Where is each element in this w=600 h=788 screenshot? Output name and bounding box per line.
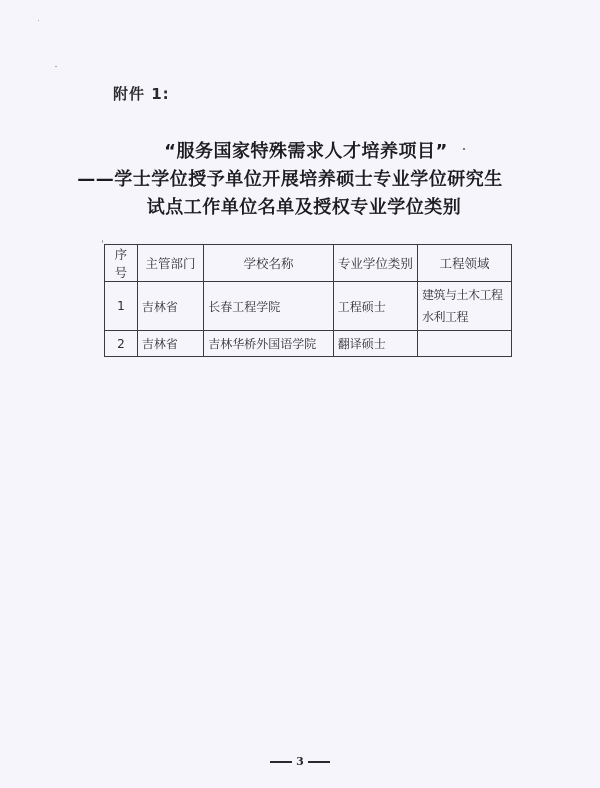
scan-speck xyxy=(102,240,103,243)
cell-degree-type: 翻译硕士 xyxy=(333,331,417,357)
cell-engineering-field xyxy=(417,331,511,357)
header-degree-type: 专业学位类别 xyxy=(333,245,417,282)
title-line-3: 试点工作单位名单及授权专业学位类别 xyxy=(8,194,600,222)
header-department: 主管部门 xyxy=(137,245,203,282)
cell-department: 吉林省 xyxy=(137,331,203,357)
title-line-1: “服务国家特殊需求人才培养项目” xyxy=(12,138,600,166)
cell-index: 1 xyxy=(105,282,138,331)
page-number: 3 xyxy=(0,755,600,768)
header-school: 学校名称 xyxy=(204,245,334,282)
document-title: “服务国家特殊需求人才培养项目” ——学士学位授予单位开展培养硕士专业学位研究生… xyxy=(0,138,600,222)
field-item: 建筑与土木工程 xyxy=(422,284,507,306)
dash-right xyxy=(308,761,330,763)
attachment-label: 附件 1: xyxy=(113,83,170,104)
scan-speck xyxy=(463,148,465,150)
scan-speck xyxy=(38,20,39,21)
table-row: 2 吉林省 吉林华桥外国语学院 翻译硕士 xyxy=(105,331,512,357)
header-engineering-field: 工程领域 xyxy=(417,245,511,282)
cell-school: 长春工程学院 xyxy=(204,282,334,331)
cell-engineering-field: 建筑与土木工程 水利工程 xyxy=(417,282,511,331)
field-item: 水利工程 xyxy=(422,306,507,328)
page-number-value: 3 xyxy=(296,755,304,768)
table-header-row: 序号 主管部门 学校名称 专业学位类别 工程领域 xyxy=(105,245,512,282)
scan-speck xyxy=(55,66,57,67)
cell-school: 吉林华桥外国语学院 xyxy=(204,331,334,357)
dash-left xyxy=(270,761,292,763)
cell-degree-type: 工程硕士 xyxy=(333,282,417,331)
table-row: 1 吉林省 长春工程学院 工程硕士 建筑与土木工程 水利工程 xyxy=(105,282,512,331)
header-index: 序号 xyxy=(105,245,138,282)
cell-department: 吉林省 xyxy=(137,282,203,331)
title-line-2: ——学士学位授予单位开展培养硕士专业学位研究生 xyxy=(0,166,600,194)
institution-table: 序号 主管部门 学校名称 专业学位类别 工程领域 1 吉林省 长春工程学院 工程… xyxy=(104,244,512,357)
cell-index: 2 xyxy=(105,331,138,357)
